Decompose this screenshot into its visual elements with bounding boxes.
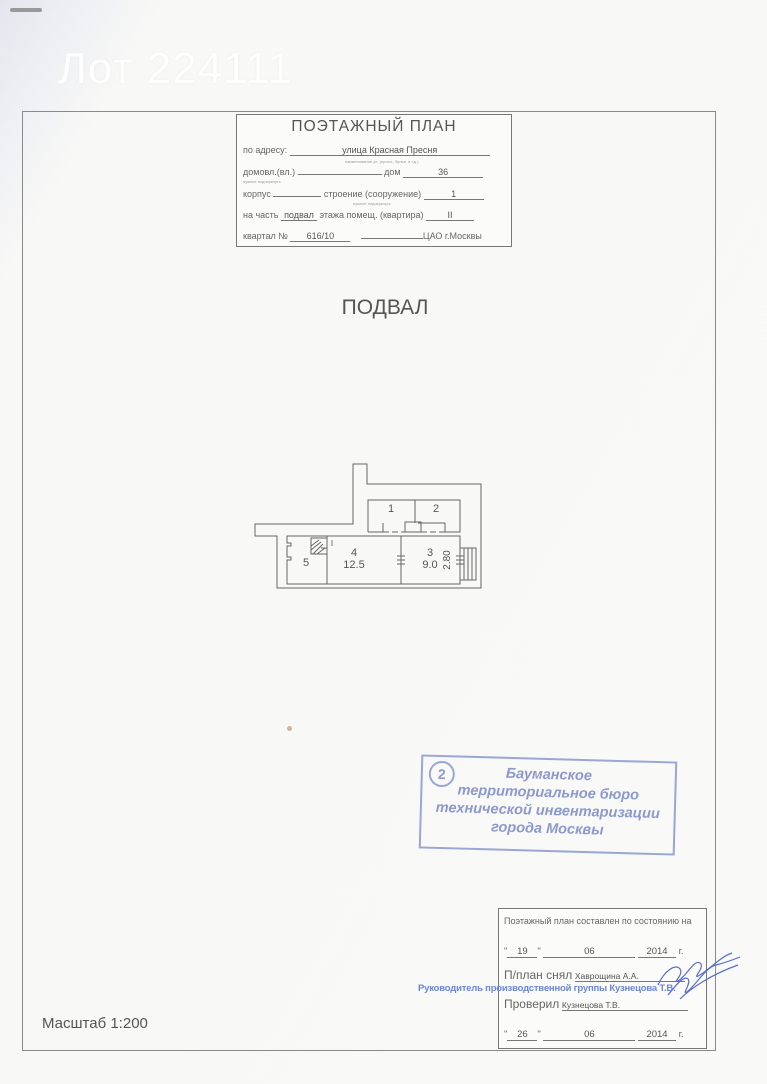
room-5-label: 5	[303, 557, 309, 569]
signature-icon	[650, 945, 745, 1005]
address-hint: наименование ул. (просп., бульв. и т.д.)	[345, 159, 419, 164]
floor-title: ПОДВАЛ	[300, 296, 470, 320]
room-4-label: 4	[351, 547, 357, 559]
domovl-hint: нужное подчеркнуть	[243, 179, 281, 184]
stroenie-value: 1	[424, 189, 484, 200]
domovl-label: домовл.(вл.)	[243, 167, 295, 177]
date-1-month: 06	[543, 946, 635, 958]
scale-label: Масштаб 1:200	[42, 1015, 148, 1032]
room-1-2-walls	[368, 500, 460, 532]
floor-plan: 1 2 3 9.0 4 12.5 5 I 2.80	[250, 460, 490, 600]
address-value: улица Красная Пресня	[290, 145, 490, 156]
room-3-height: 2.80	[442, 550, 453, 570]
date-1-day: 19	[507, 946, 537, 958]
room-1-label: 1	[388, 503, 394, 515]
scan-speck	[287, 726, 292, 731]
head-of-group-stamp: Руководитель производственной группы Куз…	[418, 983, 675, 994]
dom-value: 36	[403, 167, 483, 178]
lot-watermark: Лот 224111	[58, 44, 293, 94]
date-2-month: 06	[543, 1029, 635, 1041]
chast-value: подвал	[281, 210, 317, 221]
stair-mark: I	[331, 539, 333, 548]
room-3-area: 9.0	[422, 559, 437, 571]
kvartal-label: квартал №	[243, 231, 288, 241]
room-4-area: 12.5	[343, 559, 364, 571]
kvartal-value: 616/10	[290, 231, 350, 242]
room-3-label: 3	[427, 547, 433, 559]
domovl-row: домовл.(вл.) дом 36	[243, 167, 505, 178]
corner-mark	[10, 8, 42, 12]
chast-row: на часть подвал этажа помещ. (квартира) …	[243, 210, 505, 221]
korpus-value	[273, 196, 321, 197]
chast-label: на часть	[243, 210, 278, 220]
kvartal-blank	[361, 238, 423, 239]
document-title: ПОЭТАЖНЫЙ ПЛАН	[237, 118, 511, 136]
kvartal-row: квартал № 616/10 ЦАО г.Москвы	[243, 231, 505, 242]
bti-stamp: 2 Бауманское территориальное бюро технич…	[419, 754, 678, 855]
domovl-value	[298, 174, 382, 175]
title-block: ПОЭТАЖНЫЙ ПЛАН по адресу: улица Красная …	[236, 114, 512, 247]
date-2-year: 2014	[638, 1029, 676, 1041]
stroenie-hint: нужное подчеркнуть	[353, 201, 391, 206]
pomesch-value: II	[426, 210, 474, 221]
chast-suffix: этажа помещ. (квартира)	[320, 210, 424, 220]
checked-label: Проверил	[504, 997, 559, 1011]
date-2: "26" 06 2014 г.	[504, 1029, 701, 1041]
date-2-day: 26	[507, 1029, 537, 1041]
surveyed-label: П/план снял	[504, 968, 572, 982]
state-title: Поэтажный план составлен по состоянию на	[504, 916, 701, 926]
district: ЦАО г.Москвы	[423, 231, 482, 241]
korpus-label: корпус	[243, 189, 271, 199]
korpus-row: корпус строение (сооружение) 1	[243, 189, 505, 200]
address-label: по адресу:	[243, 145, 287, 155]
address-row: по адресу: улица Красная Пресня	[243, 145, 505, 156]
room-2-label: 2	[433, 503, 439, 515]
stroenie-label: строение (сооружение)	[324, 189, 421, 199]
dom-label: дом	[384, 167, 400, 177]
date-2-suffix: г.	[679, 1029, 684, 1040]
